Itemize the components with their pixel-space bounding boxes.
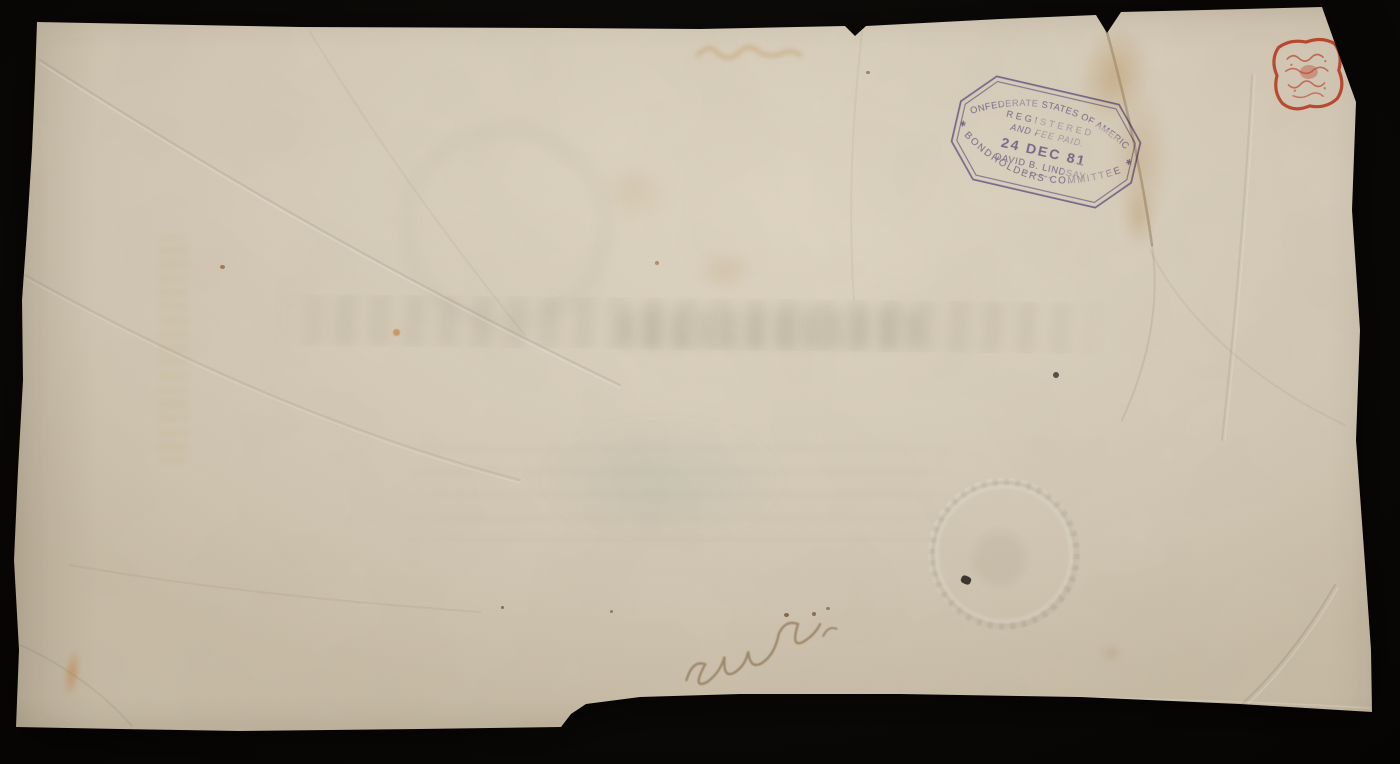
bond-paper-back: CONFEDERATE STATES OF AMERICA REGISTERED… bbox=[0, 0, 1400, 764]
photo-backdrop: CONFEDERATE STATES OF AMERICA REGISTERED… bbox=[0, 0, 1400, 764]
paper-shadow: CONFEDERATE STATES OF AMERICA REGISTERED… bbox=[0, 0, 1400, 764]
stain-bottom-edge bbox=[508, 740, 598, 760]
edge-shading bbox=[0, 0, 1400, 764]
